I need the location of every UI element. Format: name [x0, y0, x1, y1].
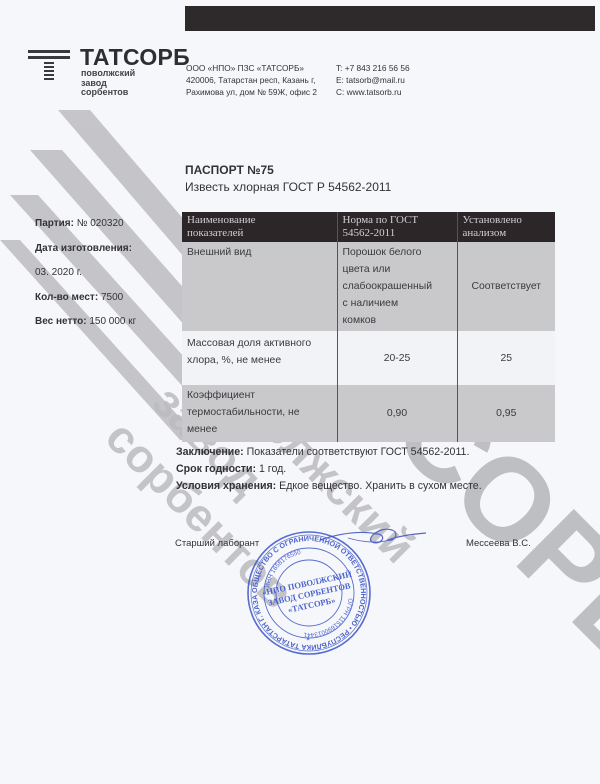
parameter-name: Внешний вид	[182, 242, 337, 331]
logo-subtitle: поволжский завод сорбентов	[81, 69, 135, 98]
storage-conditions: Условия хранения: Едкое вещество. Хранит…	[176, 478, 482, 495]
company-stamp: ОБЩЕСТВО С ОГРАНИЧЕННОЙ ОТВЕТСТВЕННОСТЬЮ…	[244, 528, 374, 658]
signatory-name: Мессеева В.С.	[466, 538, 531, 549]
specification-table: Наименованиепоказателей Норма по ГОСТ545…	[182, 212, 555, 442]
result-value: 0,95	[457, 385, 555, 442]
column-header-result: Установленоанализом	[457, 212, 555, 242]
batch-info: Партия: № 020320 Дата изготовления: 03. …	[35, 218, 136, 341]
document-title: ПАСПОРТ №75	[185, 163, 274, 177]
column-header-norm: Норма по ГОСТ54562-2011	[337, 212, 457, 242]
package-count: Кол-во мест: 7500	[35, 292, 136, 317]
table-header-row: Наименованиепоказателей Норма по ГОСТ545…	[182, 212, 555, 242]
company-address: ООО «НПО» ПЗС «ТАТСОРБ» 420006, Татарста…	[186, 62, 317, 98]
batch-number: Партия: № 020320	[35, 218, 136, 243]
website-link[interactable]: C: www.tatsorb.ru	[336, 86, 410, 98]
company-contacts: T: +7 843 216 56 56 E: tatsorb@mail.ru C…	[336, 62, 410, 98]
logo-title: ТАТСОРБ	[80, 44, 190, 71]
svg-text:*: *	[306, 635, 311, 647]
conclusion: Заключение: Показатели соответствуют ГОС…	[176, 444, 482, 461]
column-header-parameter: Наименованиепоказателей	[182, 212, 337, 242]
production-date-label: Дата изготовления:	[35, 243, 136, 268]
shelf-life: Срок годности: 1 год.	[176, 461, 482, 478]
email-link[interactable]: E: tatsorb@mail.ru	[336, 74, 410, 86]
production-date: 03. 2020 г.	[35, 267, 136, 292]
table-row: Массовая доля активногохлора, %, не мене…	[182, 331, 555, 385]
result-value: 25	[457, 331, 555, 385]
redacted-header-bar	[185, 6, 595, 31]
conclusion-notes: Заключение: Показатели соответствуют ГОС…	[176, 444, 482, 495]
table-row: Внешний вид Порошок белогоцвета илислабо…	[182, 242, 555, 331]
table-row: Коэффициенттермостабильности, неменее 0,…	[182, 385, 555, 442]
parameter-name: Массовая доля активногохлора, %, не мене…	[182, 331, 337, 385]
phone: T: +7 843 216 56 56	[336, 62, 410, 74]
norm-value: Порошок белогоцвета илислабоокрашенныйс …	[337, 242, 457, 331]
parameter-name: Коэффициенттермостабильности, неменее	[182, 385, 337, 442]
result-value: Соответствует	[457, 242, 555, 331]
logo-mark-icon	[28, 50, 70, 86]
norm-value: 0,90	[337, 385, 457, 442]
norm-value: 20-25	[337, 331, 457, 385]
document-subtitle: Известь хлорная ГОСТ Р 54562-2011	[185, 180, 391, 194]
net-weight: Вес нетто: 150 000 кг	[35, 316, 136, 341]
